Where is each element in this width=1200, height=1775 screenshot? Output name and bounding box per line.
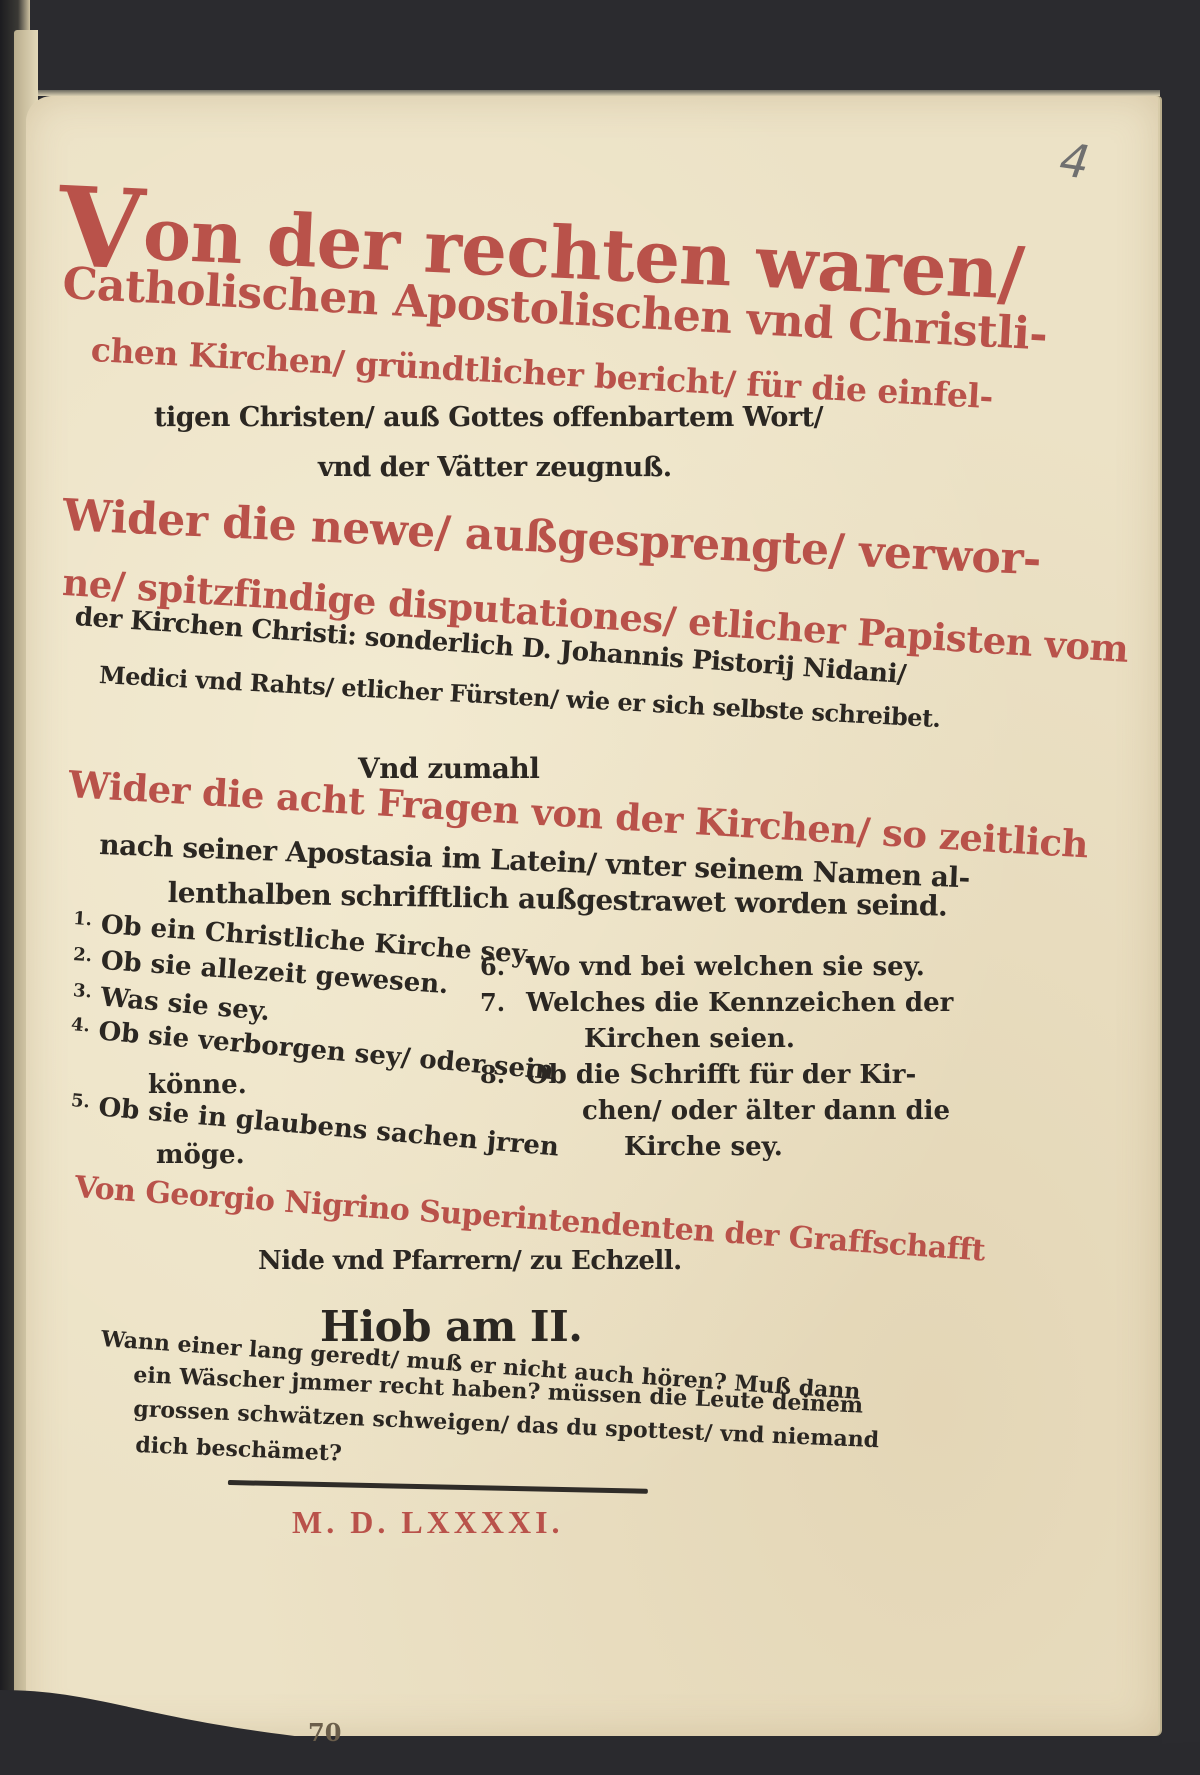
question-8-continuation: chen/ oder älter dann die [582,1096,950,1126]
handwritten-bottom-mark: 70 [308,1718,341,1747]
question-number: 8. [480,1060,526,1089]
question-text: Ob die Schrifft für der Kir- [526,1060,916,1090]
question-item-6: 6.Wo vnd bei welchen sie sey. [480,952,925,982]
question-number: 4. [70,1014,100,1037]
question-8-continuation-2: Kirche sey. [624,1132,783,1162]
question-number: 5. [70,1090,100,1113]
question-5-continuation: möge. [156,1140,245,1170]
question-number: 7. [480,988,526,1017]
question-number: 6. [480,952,526,981]
question-number: 3. [72,980,102,1003]
scan-background-right [1162,0,1200,1775]
title-line-5: vnd der Vätter zeugnuß. [318,452,672,483]
imprint-year: M. D. LXXXXI. [292,1504,564,1541]
question-item-8: 8.Ob die Schrifft für der Kir- [480,1060,916,1090]
question-item-7: 7.Welches die Kennzeichen der [480,988,953,1018]
question-7-continuation: Kirchen seien. [584,1024,795,1054]
author-line-2: Nide vnd Pfarrern/ zu Echzell. [258,1246,682,1276]
scan-background-top [0,0,1200,96]
question-number: 1. [73,908,102,931]
question-text: Welches die Kennzeichen der [526,988,953,1018]
question-text: Wo vnd bei welchen sie sey. [526,952,925,982]
title-line-4: tigen Christen/ auß Gottes offenbartem W… [154,402,823,433]
question-4-continuation: könne. [148,1070,247,1100]
question-number: 2. [73,944,102,967]
